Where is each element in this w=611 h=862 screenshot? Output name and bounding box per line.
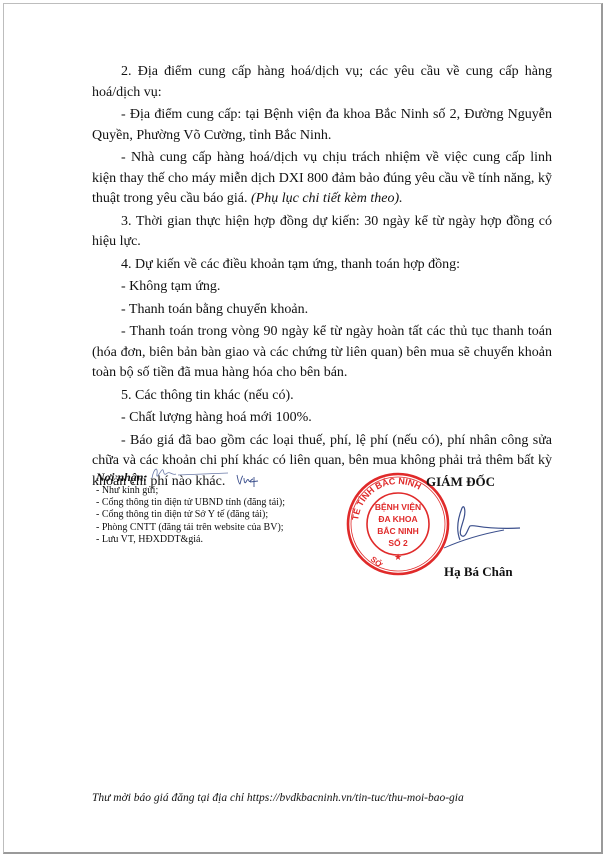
document-body: 2. Địa điểm cung cấp hàng hoá/dịch vụ; c… (92, 62, 552, 492)
section-4-item: - Thanh toán trong vòng 90 ngày kể từ ng… (92, 322, 552, 384)
section-5-item: - Chất lượng hàng hoá mới 100%. (92, 408, 552, 429)
section-2-heading: 2. Địa điểm cung cấp hàng hoá/dịch vụ; c… (92, 62, 552, 103)
recipient-item: - Cổng thông tin điện tử Sở Y tế (đăng t… (96, 509, 346, 521)
section-2-item: - Địa điểm cung cấp: tại Bệnh viện đa kh… (92, 105, 552, 146)
initial-signature-icon (148, 464, 228, 484)
section-3: 3. Thời gian thực hiện hợp đồng dự kiến:… (92, 212, 552, 253)
signatory-name: Hạ Bá Chân (444, 564, 513, 580)
recipients-block: Nơi nhận: - Như kính gửi; - Cổng thông t… (96, 470, 346, 546)
stamp-inner-line: BẮC NINH (377, 526, 419, 536)
signature-block: Y TẾ TỈNH BẮC NINH SỞ ★ BỆNH VIỆN ĐA KHO… (344, 462, 504, 582)
svg-text:★: ★ (394, 552, 402, 562)
stamp-inner-line: SỐ 2 (388, 537, 408, 548)
section-4-heading: 4. Dự kiến về các điều khoản tạm ứng, th… (92, 255, 552, 276)
recipient-item: - Phòng CNTT (đăng tải trên website của … (96, 522, 346, 534)
stamp-inner-line: BỆNH VIỆN (375, 501, 421, 512)
footer-note: Thư mời báo giá đăng tại địa chỉ https:/… (92, 792, 464, 804)
section-4-item: - Không tạm ứng. (92, 277, 552, 298)
section-2-item: - Nhà cung cấp hàng hoá/dịch vụ chịu trá… (92, 148, 552, 210)
recipient-item: - Cổng thông tin điện tử UBND tỉnh (đăng… (96, 497, 346, 509)
signatory-title: GIÁM ĐỐC (426, 474, 495, 490)
handwritten-signature-icon (442, 500, 522, 550)
recipient-item: - Như kính gửi; (96, 485, 346, 497)
recipient-item: - Lưu VT, HĐXDDT&giá. (96, 534, 346, 546)
appendix-note: (Phụ lục chi tiết kèm theo). (251, 191, 403, 206)
stamp-inner-line: ĐA KHOA (378, 514, 417, 524)
section-5-heading: 5. Các thông tin khác (nếu có). (92, 386, 552, 407)
section-4-item: - Thanh toán bằng chuyển khoản. (92, 300, 552, 321)
document-page: 2. Địa điểm cung cấp hàng hoá/dịch vụ; c… (3, 3, 603, 854)
